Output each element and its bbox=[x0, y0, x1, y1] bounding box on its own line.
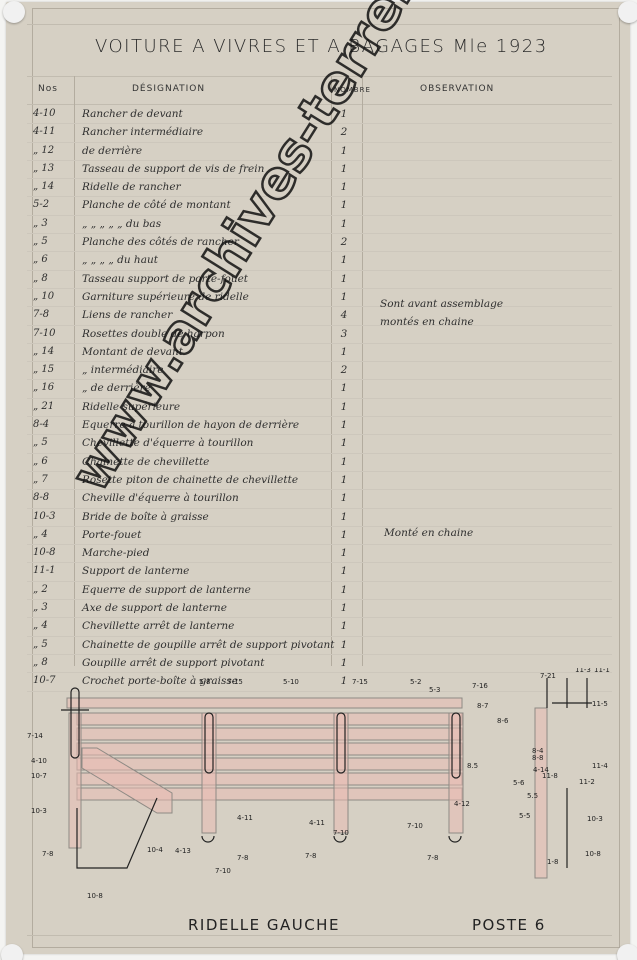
column-header-number: Nos bbox=[38, 84, 58, 94]
svg-text:7-10: 7-10 bbox=[333, 829, 349, 837]
part-number: 10-8 bbox=[33, 547, 69, 558]
part-number: 11-1 bbox=[33, 565, 69, 576]
svg-text:5-6: 5-6 bbox=[513, 779, 525, 787]
part-designation: Rancher intermédiaire bbox=[82, 126, 203, 138]
part-designation: de derrière bbox=[82, 145, 142, 157]
part-number: 4-11 bbox=[33, 126, 69, 137]
part-number: „ 12 bbox=[33, 145, 69, 156]
part-quantity: 1 bbox=[337, 419, 351, 431]
table-row: 7-8Liens de rancher4 bbox=[27, 307, 612, 325]
table-row: „ 6„ „ „ „ du haut1 bbox=[27, 252, 612, 270]
technical-drawing: 7-144-1010-7 10-37-810-8 5-87-155-10 10-… bbox=[27, 668, 612, 898]
part-number: „ 15 bbox=[33, 364, 69, 375]
poste-label: POSTE 6 bbox=[472, 916, 546, 934]
svg-text:1-8: 1-8 bbox=[547, 858, 558, 866]
part-quantity: 1 bbox=[337, 529, 351, 541]
part-designation: Rancher de devant bbox=[82, 108, 183, 120]
table-row: „ 5Planche des côtés de rancher2 bbox=[27, 234, 612, 252]
svg-text:7-21: 7-21 bbox=[540, 672, 556, 680]
part-quantity: 1 bbox=[337, 547, 351, 559]
part-number: „ 8 bbox=[33, 657, 69, 668]
svg-text:5-3: 5-3 bbox=[429, 686, 440, 694]
svg-text:10-8: 10-8 bbox=[585, 850, 601, 858]
part-quantity: 1 bbox=[337, 181, 351, 193]
part-designation: Porte-fouet bbox=[82, 529, 141, 541]
part-quantity: 1 bbox=[337, 620, 351, 632]
part-designation: Equerre de support de lanterne bbox=[82, 584, 251, 596]
svg-text:7-14: 7-14 bbox=[27, 732, 43, 740]
part-number: „ 5 bbox=[33, 236, 69, 247]
part-number: 4-10 bbox=[33, 108, 69, 119]
svg-text:11-4: 11-4 bbox=[592, 762, 608, 770]
drawing-caption: RIDELLE GAUCHE bbox=[188, 916, 340, 934]
part-number: „ 4 bbox=[33, 620, 69, 631]
svg-text:4-11: 4-11 bbox=[309, 819, 325, 827]
svg-text:10-3: 10-3 bbox=[587, 815, 603, 823]
part-number: „ 3 bbox=[33, 218, 69, 229]
plank-5-10 bbox=[67, 698, 462, 708]
svg-text:7-15: 7-15 bbox=[352, 678, 368, 686]
part-number: 8-8 bbox=[33, 492, 69, 503]
part-designation: Chainette de goupille arrêt de support p… bbox=[82, 639, 334, 651]
part-quantity: 1 bbox=[337, 218, 351, 230]
svg-text:7-16: 7-16 bbox=[472, 682, 488, 690]
svg-text:7-8: 7-8 bbox=[237, 854, 248, 862]
table-row: „ 2Equerre de support de lanterne1 bbox=[27, 582, 612, 600]
part-quantity: 1 bbox=[337, 474, 351, 486]
table-row: 11-1Support de lanterne1 bbox=[27, 563, 612, 581]
part-number: „ 7 bbox=[33, 474, 69, 485]
part-designation: Planche de côté de montant bbox=[82, 199, 231, 211]
part-number: „ 16 bbox=[33, 382, 69, 393]
table-row: „ 15„ intermédiaire2 bbox=[27, 362, 612, 380]
part-quantity: 1 bbox=[337, 199, 351, 211]
part-designation: Support de lanterne bbox=[82, 565, 189, 577]
rule bbox=[27, 935, 612, 936]
part-number: „ 6 bbox=[33, 254, 69, 265]
svg-text:7-15: 7-15 bbox=[227, 678, 243, 686]
part-quantity: 4 bbox=[337, 309, 351, 321]
part-number: „ 3 bbox=[33, 602, 69, 613]
svg-text:8-6: 8-6 bbox=[497, 717, 509, 725]
observation-marche-pied: Monté en chaine bbox=[384, 527, 473, 539]
part-number: „ 8 bbox=[33, 273, 69, 284]
table-row: 5-2Planche de côté de montant1 bbox=[27, 197, 612, 215]
part-quantity: 1 bbox=[337, 456, 351, 468]
svg-text:10-7: 10-7 bbox=[31, 772, 47, 780]
table-row: „ 5Chainette de goupille arrêt de suppor… bbox=[27, 637, 612, 655]
svg-text:4-12: 4-12 bbox=[454, 800, 470, 808]
part-quantity: 1 bbox=[337, 346, 351, 358]
part-number: „ 5 bbox=[33, 639, 69, 650]
table-row: „ 14Ridelle de rancher1 bbox=[27, 179, 612, 197]
table-row: 7-10Rosettes double de harpon3 bbox=[27, 326, 612, 344]
svg-text:11-2: 11-2 bbox=[579, 778, 595, 786]
part-quantity: 1 bbox=[337, 565, 351, 577]
svg-text:5-10: 5-10 bbox=[283, 678, 299, 686]
svg-text:11-3: 11-3 bbox=[575, 668, 591, 674]
svg-text:11-8: 11-8 bbox=[542, 772, 558, 780]
part-designation: Tasseau de support de vis de frein bbox=[82, 163, 264, 175]
part-quantity: 3 bbox=[337, 328, 351, 340]
part-quantity: 2 bbox=[337, 364, 351, 376]
table-row: „ 3Axe de support de lanterne1 bbox=[27, 600, 612, 618]
table-row: „ 14Montant de devant1 bbox=[27, 344, 612, 362]
part-quantity: 1 bbox=[337, 584, 351, 596]
part-quantity: 1 bbox=[337, 291, 351, 303]
table-row: 10-8Marche-pied1 bbox=[27, 545, 612, 563]
part-designation: „ „ „ „ „ du bas bbox=[82, 218, 161, 230]
table-row: „ 3„ „ „ „ „ du bas1 bbox=[27, 216, 612, 234]
part-quantity: 1 bbox=[337, 639, 351, 651]
svg-text:10-3: 10-3 bbox=[31, 807, 47, 815]
part-designation: Bride de boîte à graisse bbox=[82, 511, 209, 523]
part-number: „ 2 bbox=[33, 584, 69, 595]
table-row: 10-3Bride de boîte à graisse1 bbox=[27, 509, 612, 527]
part-quantity: 1 bbox=[337, 273, 351, 285]
svg-text:5-2: 5-2 bbox=[410, 678, 421, 686]
part-quantity: 1 bbox=[337, 382, 351, 394]
table-row: „ 10Garniture supérieure de ridelle1 bbox=[27, 289, 612, 307]
part-quantity: 1 bbox=[337, 492, 351, 504]
part-designation: Ridelle de rancher bbox=[82, 181, 181, 193]
svg-text:7-8: 7-8 bbox=[427, 854, 438, 862]
part-number: 8-4 bbox=[33, 419, 69, 430]
part-quantity: 1 bbox=[337, 401, 351, 413]
svg-text:4-11: 4-11 bbox=[237, 814, 253, 822]
part-designation: Axe de support de lanterne bbox=[82, 602, 227, 614]
part-quantity: 1 bbox=[337, 511, 351, 523]
svg-text:7-10: 7-10 bbox=[407, 822, 423, 830]
pin-bottom-left bbox=[1, 944, 23, 960]
svg-text:8.5: 8.5 bbox=[467, 762, 478, 770]
part-quantity: 1 bbox=[337, 145, 351, 157]
svg-text:5-5: 5-5 bbox=[519, 812, 530, 820]
part-designation: „ „ „ „ du haut bbox=[82, 254, 158, 266]
part-number: 10-3 bbox=[33, 511, 69, 522]
svg-text:8-8: 8-8 bbox=[532, 754, 543, 762]
svg-text:11-5: 11-5 bbox=[592, 700, 608, 708]
part-number: „ 5 bbox=[33, 437, 69, 448]
column-header-designation: DÉSIGNATION bbox=[132, 84, 205, 94]
part-quantity: 1 bbox=[337, 437, 351, 449]
svg-text:7-10: 7-10 bbox=[215, 867, 231, 875]
svg-text:7-8: 7-8 bbox=[305, 852, 316, 860]
part-number: „ 14 bbox=[33, 181, 69, 192]
part-number: „ 4 bbox=[33, 529, 69, 540]
part-number: „ 14 bbox=[33, 346, 69, 357]
part-quantity: 1 bbox=[337, 602, 351, 614]
part-quantity: 1 bbox=[337, 254, 351, 266]
svg-text:4-10: 4-10 bbox=[31, 757, 47, 765]
column-header-observation: OBSERVATION bbox=[420, 84, 494, 94]
table-row: „ 4Porte-fouet1 bbox=[27, 527, 612, 545]
svg-text:7-8: 7-8 bbox=[42, 850, 53, 858]
table-row: „ 4Chevillette arrêt de lanterne1 bbox=[27, 618, 612, 636]
svg-text:8-7: 8-7 bbox=[477, 702, 488, 710]
part-designation: Marche-pied bbox=[82, 547, 149, 559]
svg-text:10-8: 10-8 bbox=[87, 892, 103, 898]
rule bbox=[27, 24, 612, 25]
part-number: „ 21 bbox=[33, 401, 69, 412]
observation-liens: Sont avant assemblage bbox=[380, 298, 503, 310]
table-row: „ 8Tasseau support de porte-fouet1 bbox=[27, 271, 612, 289]
svg-text:5-8: 5-8 bbox=[199, 678, 210, 686]
part-number: 5-2 bbox=[33, 199, 69, 210]
pin-bottom-right bbox=[617, 944, 637, 960]
pin-top-left bbox=[3, 1, 25, 23]
ridelle-drawing-svg: 7-144-1010-7 10-37-810-8 5-87-155-10 10-… bbox=[27, 668, 612, 898]
observation-liens-line2: montés en chaine bbox=[380, 316, 474, 328]
part-quantity: 2 bbox=[337, 236, 351, 248]
pin-top-right bbox=[618, 1, 637, 23]
svg-text:11-1: 11-1 bbox=[594, 668, 610, 674]
svg-text:10-4: 10-4 bbox=[147, 846, 163, 854]
svg-text:4-13: 4-13 bbox=[175, 847, 191, 855]
part-number: 7-8 bbox=[33, 309, 69, 320]
svg-text:5.5: 5.5 bbox=[527, 792, 538, 800]
part-number: „ 13 bbox=[33, 163, 69, 174]
part-number: „ 10 bbox=[33, 291, 69, 302]
part-quantity: 1 bbox=[337, 163, 351, 175]
part-number: 7-10 bbox=[33, 328, 69, 339]
part-designation: Chevillette arrêt de lanterne bbox=[82, 620, 234, 632]
